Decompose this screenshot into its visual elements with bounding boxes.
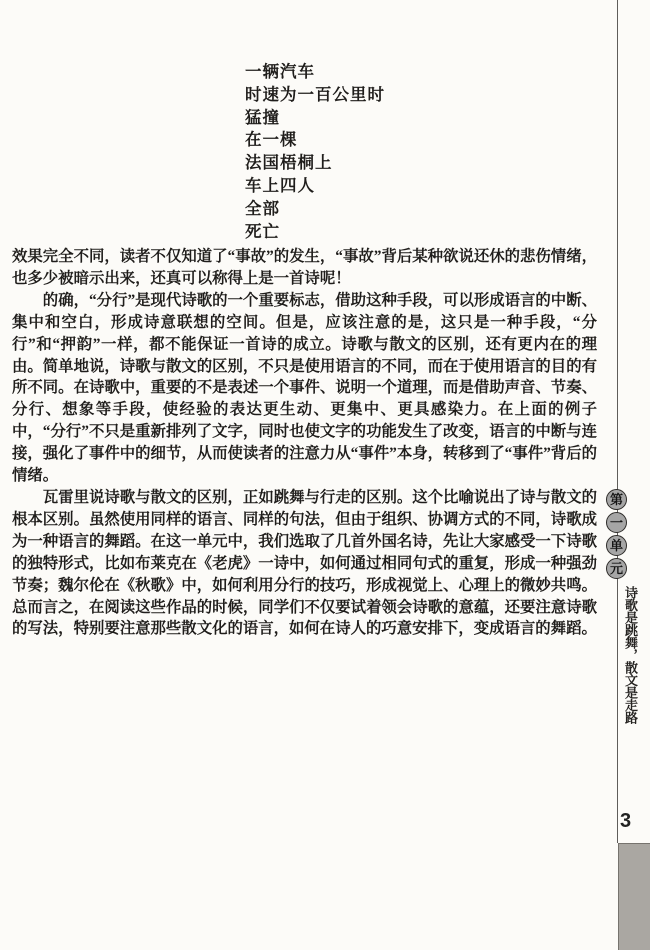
body-paragraph: 效果完全不同，读者不仅知道了“事故”的发生，“事故”背后某种欲说还休的悲伤情绪，…: [12, 246, 597, 290]
unit-badge-char: 第: [606, 489, 627, 510]
page-edge-tab: [618, 843, 650, 950]
unit-badge-char: 一: [606, 512, 627, 533]
poem-line: 在一棵: [245, 129, 385, 152]
unit-badge-char: 元: [606, 558, 627, 579]
poem-line: 猛撞: [245, 107, 385, 130]
poem-line: 死亡: [245, 221, 385, 244]
poem-line: 全部: [245, 198, 385, 221]
body-paragraph: 瓦雷里说诗歌与散文的区别，正如跳舞与行走的区别。这个比喻说出了诗与散文的根本区别…: [12, 487, 597, 640]
poem-line: 车上四人: [245, 175, 385, 198]
unit-badge-char: 单: [606, 535, 627, 556]
poem-line: 一辆汽车: [245, 61, 385, 84]
textbook-page: 一辆汽车时速为一百公里时猛撞在一棵法国梧桐上车上四人全部死亡 效果完全不同，读者…: [0, 0, 650, 950]
unit-sidebar-rule: [617, 0, 618, 843]
poem-line: 法国梧桐上: [245, 152, 385, 175]
lesson-body-text: 效果完全不同，读者不仅知道了“事故”的发生，“事故”背后某种欲说还休的悲伤情绪，…: [12, 246, 597, 640]
poem-line: 时速为一百公里时: [245, 84, 385, 107]
unit-motto-vertical: 诗歌是跳舞，散文是走路: [621, 586, 640, 724]
page-number: 3: [620, 810, 631, 833]
body-paragraph: 的确，“分行”是现代诗歌的一个重要标志，借助这种手段，可以形成语言的中断、集中和…: [12, 290, 597, 487]
unit-number-badges: 第一单元: [606, 489, 627, 579]
poem-excerpt: 一辆汽车时速为一百公里时猛撞在一棵法国梧桐上车上四人全部死亡: [245, 61, 385, 243]
